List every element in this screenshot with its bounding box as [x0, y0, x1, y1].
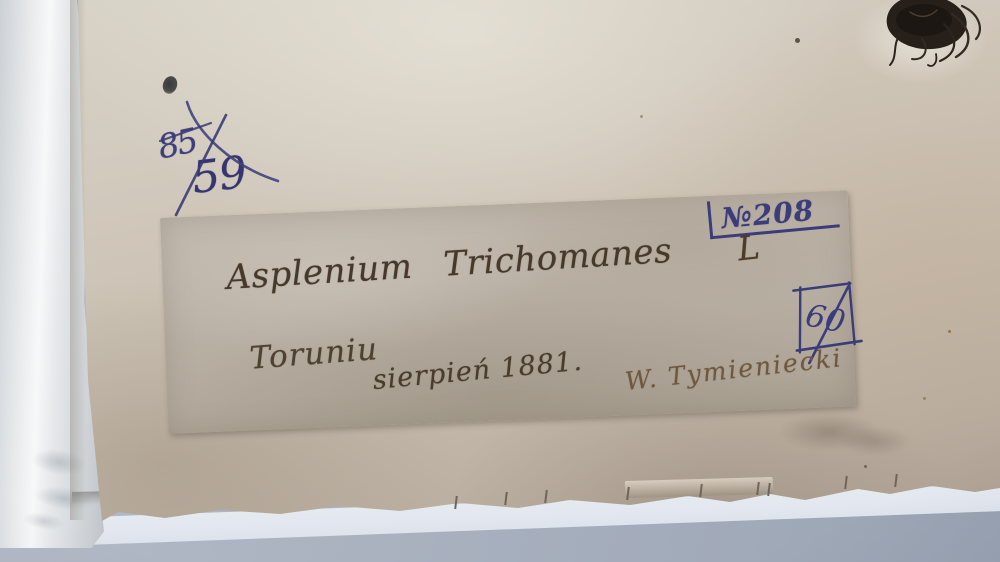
- herbarium-photo: 85 59 №208 Asplenium Trichomanes L 60 To…: [0, 0, 1000, 562]
- species-authority: L: [736, 227, 762, 268]
- date-text: sierpień 1881.: [371, 346, 584, 396]
- species-name: Asplenium Trichomanes: [225, 231, 673, 298]
- specimen-label: №208 Asplenium Trichomanes L 60 Toruniu …: [160, 190, 856, 433]
- collector-signature: W. Tymieniecki: [624, 343, 844, 396]
- catalog-number: №208: [707, 189, 840, 239]
- locality-text: Toruniu: [248, 331, 379, 377]
- plant-fragment: [852, 0, 997, 76]
